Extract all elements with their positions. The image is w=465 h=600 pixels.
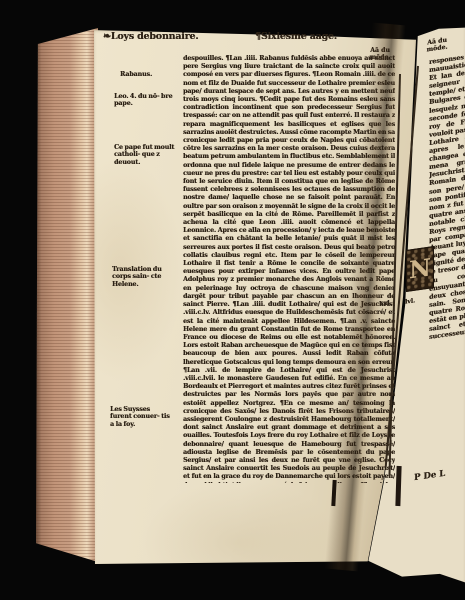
decorated-initial: N bbox=[406, 246, 434, 292]
book-fore-edge bbox=[36, 28, 98, 562]
running-head-right: ¶Sixiesme aage. bbox=[255, 31, 337, 42]
main-text-block: despouilles. ¶Lan .iiii. Rabanus fuldēsi… bbox=[183, 55, 395, 483]
margin-note-rabanus: Rabanus. bbox=[120, 71, 183, 78]
margin-note-pape-catholique: Ce pape fut moult catholi- que z deuout. bbox=[114, 144, 177, 166]
age-column-year-right: lvl. bbox=[405, 297, 415, 305]
running-head-left: ❧Loys debonnaire. bbox=[103, 31, 198, 42]
margin-note-translation-helene: Translation du corps sain- cte Helene. bbox=[112, 266, 175, 288]
age-column-year-left: cxl. bbox=[380, 300, 392, 307]
age-column-head-left: Aā du mōde. bbox=[360, 48, 400, 62]
right-page-text-block: responses z oppositiōs sans aucune mauua… bbox=[429, 41, 465, 494]
margin-note-suysses: Les Suysses furent conuer- tis a la foy. bbox=[110, 406, 173, 428]
margin-note-leo-pape: Leo. 4. du nō- bre pape. bbox=[114, 93, 177, 108]
book-photo: ❧Loys debonnaire. ¶Sixiesme aage. Rabanu… bbox=[0, 0, 465, 600]
